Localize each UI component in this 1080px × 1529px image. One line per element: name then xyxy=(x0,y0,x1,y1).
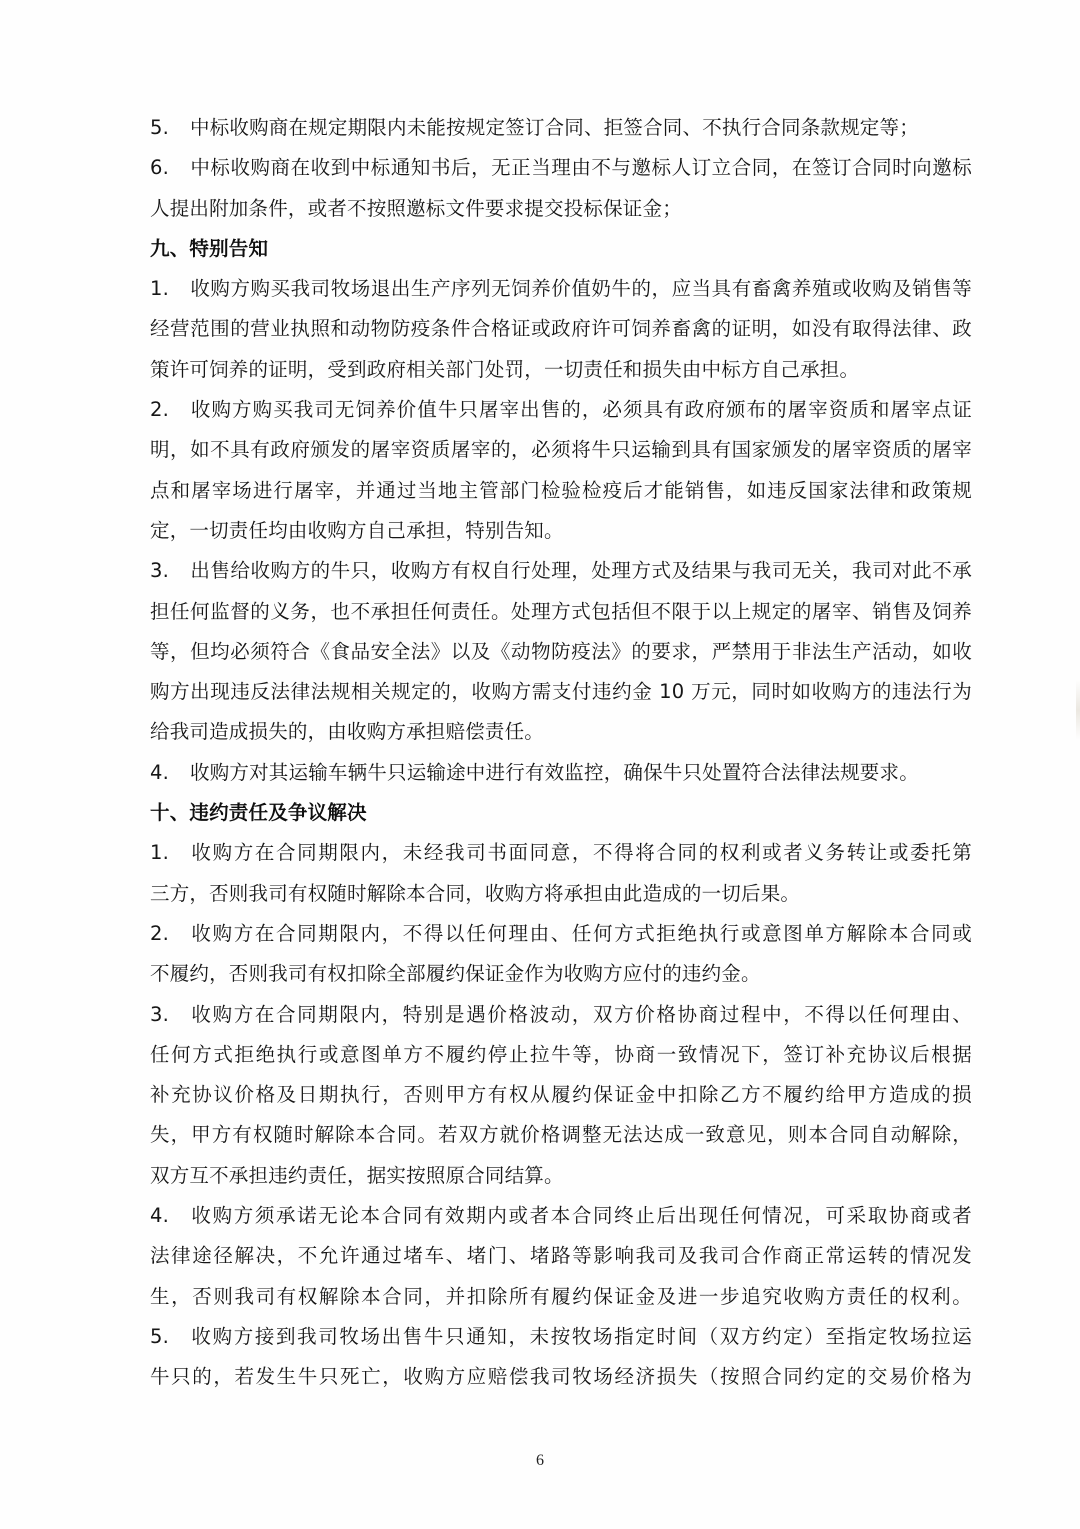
clause-text: 收购方在合同期限内，不得以任何理由、任何方式拒绝执行或意图单方解除本合同或 xyxy=(190,922,972,945)
clause-text: 不履约，否则我司有权扣除全部履约保证金作为收购方应付的违约金。 xyxy=(150,962,761,985)
scan-artifact xyxy=(1076,680,1080,740)
clause-continuation-line: 购方出现违反法律法规相关规定的，收购方需支付违约金 10 万元，同时如收购方的违… xyxy=(150,672,972,712)
clause-text: 购方出现违反法律法规相关规定的，收购方需支付违约金 10 万元，同时如收购方的违… xyxy=(150,680,972,703)
clause-number: 5. xyxy=(150,108,190,148)
clause-continuation-line: 定，一切责任均由收购方自己承担，特别告知。 xyxy=(150,511,972,551)
section-heading: 十、违约责任及争议解决 xyxy=(150,793,972,833)
clause-text: 给我司造成损失的，由收购方承担赔偿责任。 xyxy=(150,720,544,743)
heading-text: 十、违约责任及争议解决 xyxy=(150,801,367,824)
clause-continuation-line: 人提出附加条件，或者不按照邀标文件要求提交投标保证金； xyxy=(150,189,972,229)
clause-text: 收购方接到我司牧场出售牛只通知，未按牧场指定时间（双方约定）至指定牧场拉运 xyxy=(190,1325,972,1348)
numbered-clause-line: 4.收购方对其运输车辆牛只运输途中进行有效监控，确保牛只处置符合法律法规要求。 xyxy=(150,753,972,793)
clause-text: 中标收购商在收到中标通知书后，无正当理由不与邀标人订立合同，在签订合同时向邀标 xyxy=(190,156,972,179)
clause-text: 担任何监督的义务，也不承担任何责任。处理方式包括但不限于以上规定的屠宰、销售及饲… xyxy=(150,600,972,623)
clause-continuation-line: 失，甲方有权随时解除本合同。若双方就价格调整无法达成一致意见，则本合同自动解除， xyxy=(150,1115,972,1155)
clause-text: 收购方购买我司无饲养价值牛只屠宰出售的，必须具有政府颁布的屠宰资质和屠宰点证 xyxy=(190,398,972,421)
document-page: 5.中标收购商在规定期限内未能按规定签订合同、拒签合同、不执行合同条款规定等；6… xyxy=(0,0,1080,1529)
clause-continuation-line: 策许可饲养的证明，受到政府相关部门处罚，一切责任和损失由中标方自己承担。 xyxy=(150,350,972,390)
clause-continuation-line: 不履约，否则我司有权扣除全部履约保证金作为收购方应付的违约金。 xyxy=(150,954,972,994)
clause-number: 3. xyxy=(150,551,190,591)
numbered-clause-line: 4.收购方须承诺无论本合同有效期内或者本合同终止后出现任何情况，可采取协商或者 xyxy=(150,1196,972,1236)
clause-continuation-line: 点和屠宰场进行屠宰，并通过当地主管部门检验检疫后才能销售，如违反国家法律和政策规 xyxy=(150,471,972,511)
clause-number: 1. xyxy=(150,269,190,309)
numbered-clause-line: 6.中标收购商在收到中标通知书后，无正当理由不与邀标人订立合同，在签订合同时向邀… xyxy=(150,148,972,188)
clause-continuation-line: 等，但均必须符合《食品安全法》以及《动物防疫法》的要求，严禁用于非法生产活动，如… xyxy=(150,632,972,672)
clause-continuation-line: 担任何监督的义务，也不承担任何责任。处理方式包括但不限于以上规定的屠宰、销售及饲… xyxy=(150,592,972,632)
section-heading: 九、特别告知 xyxy=(150,229,972,269)
clause-text: 牛只的，若发生牛只死亡，收购方应赔偿我司牧场经济损失（按照合同约定的交易价格为 xyxy=(150,1365,972,1388)
clause-continuation-line: 经营范围的营业执照和动物防疫条件合格证或政府许可饲养畜禽的证明，如没有取得法律、… xyxy=(150,309,972,349)
clause-continuation-line: 法律途径解决，不允许通过堵车、堵门、堵路等影响我司及我司合作商正常运转的情况发 xyxy=(150,1236,972,1276)
numbered-clause-line: 2.收购方购买我司无饲养价值牛只屠宰出售的，必须具有政府颁布的屠宰资质和屠宰点证 xyxy=(150,390,972,430)
clause-text: 收购方须承诺无论本合同有效期内或者本合同终止后出现任何情况，可采取协商或者 xyxy=(190,1204,972,1227)
clause-text: 点和屠宰场进行屠宰，并通过当地主管部门检验检疫后才能销售，如违反国家法律和政策规 xyxy=(150,479,972,502)
clause-text: 策许可饲养的证明，受到政府相关部门处罚，一切责任和损失由中标方自己承担。 xyxy=(150,358,859,381)
clause-text: 收购方在合同期限内，特别是遇价格波动，双方价格协商过程中，不得以任何理由、 xyxy=(190,1003,972,1026)
numbered-clause-line: 5.收购方接到我司牧场出售牛只通知，未按牧场指定时间（双方约定）至指定牧场拉运 xyxy=(150,1317,972,1357)
numbered-clause-line: 1.收购方购买我司牧场退出生产序列无饲养价值奶牛的，应当具有畜禽养殖或收购及销售… xyxy=(150,269,972,309)
clause-text: 法律途径解决，不允许通过堵车、堵门、堵路等影响我司及我司合作商正常运转的情况发 xyxy=(150,1244,972,1267)
clause-text: 中标收购商在规定期限内未能按规定签订合同、拒签合同、不执行合同条款规定等； xyxy=(190,116,919,139)
clause-continuation-line: 牛只的，若发生牛只死亡，收购方应赔偿我司牧场经济损失（按照合同约定的交易价格为 xyxy=(150,1357,972,1397)
page-number: 6 xyxy=(0,1452,1080,1470)
clause-number: 4. xyxy=(150,1196,190,1236)
numbered-clause-line: 3.收购方在合同期限内，特别是遇价格波动，双方价格协商过程中，不得以任何理由、 xyxy=(150,995,972,1035)
clause-number: 2. xyxy=(150,390,190,430)
document-body: 5.中标收购商在规定期限内未能按规定签订合同、拒签合同、不执行合同条款规定等；6… xyxy=(150,108,972,1398)
clause-continuation-line: 双方互不承担违约责任，据实按照原合同结算。 xyxy=(150,1156,972,1196)
clause-text: 三方，否则我司有权随时解除本合同，收购方将承担由此造成的一切后果。 xyxy=(150,882,800,905)
numbered-clause-line: 5.中标收购商在规定期限内未能按规定签订合同、拒签合同、不执行合同条款规定等； xyxy=(150,108,972,148)
clause-text: 出售给收购方的牛只，收购方有权自行处理，处理方式及结果与我司无关，我司对此不承 xyxy=(190,559,972,582)
clause-number: 5. xyxy=(150,1317,190,1357)
clause-text: 明，如不具有政府颁发的屠宰资质屠宰的，必须将牛只运输到具有国家颁发的屠宰资质的屠… xyxy=(150,438,972,461)
clause-text: 收购方购买我司牧场退出生产序列无饲养价值奶牛的，应当具有畜禽养殖或收购及销售等 xyxy=(190,277,972,300)
clause-continuation-line: 给我司造成损失的，由收购方承担赔偿责任。 xyxy=(150,712,972,752)
clause-text: 收购方在合同期限内，未经我司书面同意，不得将合同的权利或者义务转让或委托第 xyxy=(190,841,972,864)
clause-text: 生，否则我司有权解除本合同，并扣除所有履约保证金及进一步追究收购方责任的权利。 xyxy=(150,1285,972,1308)
clause-text: 任何方式拒绝执行或意图单方不履约停止拉牛等，协商一致情况下，签订补充协议后根据 xyxy=(150,1043,972,1066)
numbered-clause-line: 3.出售给收购方的牛只，收购方有权自行处理，处理方式及结果与我司无关，我司对此不… xyxy=(150,551,972,591)
clause-text: 失，甲方有权随时解除本合同。若双方就价格调整无法达成一致意见，则本合同自动解除， xyxy=(150,1123,972,1146)
heading-text: 九、特别告知 xyxy=(150,237,268,260)
numbered-clause-line: 1.收购方在合同期限内，未经我司书面同意，不得将合同的权利或者义务转让或委托第 xyxy=(150,833,972,873)
clause-text: 经营范围的营业执照和动物防疫条件合格证或政府许可饲养畜禽的证明，如没有取得法律、… xyxy=(150,317,972,340)
clause-continuation-line: 任何方式拒绝执行或意图单方不履约停止拉牛等，协商一致情况下，签订补充协议后根据 xyxy=(150,1035,972,1075)
clause-text: 定，一切责任均由收购方自己承担，特别告知。 xyxy=(150,519,564,542)
clause-continuation-line: 生，否则我司有权解除本合同，并扣除所有履约保证金及进一步追究收购方责任的权利。 xyxy=(150,1277,972,1317)
clause-number: 4. xyxy=(150,753,190,793)
clause-continuation-line: 明，如不具有政府颁发的屠宰资质屠宰的，必须将牛只运输到具有国家颁发的屠宰资质的屠… xyxy=(150,430,972,470)
clause-text: 双方互不承担违约责任，据实按照原合同结算。 xyxy=(150,1164,564,1187)
clause-number: 2. xyxy=(150,914,190,954)
clause-text: 补充协议价格及日期执行，否则甲方有权从履约保证金中扣除乙方不履约给甲方造成的损 xyxy=(150,1083,972,1106)
clause-number: 6. xyxy=(150,148,190,188)
clause-continuation-line: 补充协议价格及日期执行，否则甲方有权从履约保证金中扣除乙方不履约给甲方造成的损 xyxy=(150,1075,972,1115)
clause-number: 1. xyxy=(150,833,190,873)
clause-text: 收购方对其运输车辆牛只运输途中进行有效监控，确保牛只处置符合法律法规要求。 xyxy=(190,761,919,784)
clause-text: 等，但均必须符合《食品安全法》以及《动物防疫法》的要求，严禁用于非法生产活动，如… xyxy=(150,640,972,663)
clause-continuation-line: 三方，否则我司有权随时解除本合同，收购方将承担由此造成的一切后果。 xyxy=(150,874,972,914)
clause-number: 3. xyxy=(150,995,190,1035)
clause-text: 人提出附加条件，或者不按照邀标文件要求提交投标保证金； xyxy=(150,197,682,220)
numbered-clause-line: 2.收购方在合同期限内，不得以任何理由、任何方式拒绝执行或意图单方解除本合同或 xyxy=(150,914,972,954)
